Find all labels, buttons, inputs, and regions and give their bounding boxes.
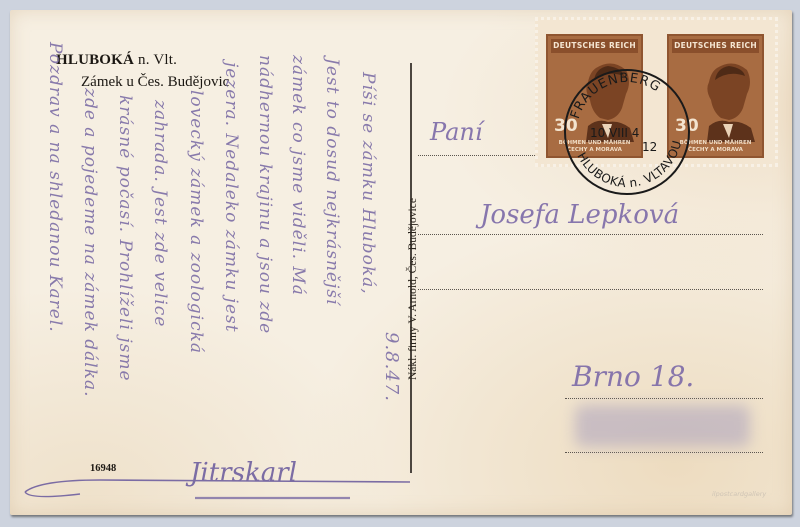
message-line-5: jezera. Nedaleko zámku jest xyxy=(221,62,241,333)
message-line-2: Jest to dosud nejkrásnější xyxy=(322,58,342,305)
svg-text:FRAUENBERG: FRAUENBERG xyxy=(568,71,663,121)
svg-text:10 VIII 4: 10 VIII 4 xyxy=(590,126,639,140)
message-line-1: Píši se zámku Hluboká, xyxy=(358,72,378,295)
message-line-3: zámek co jsme viděli. Má xyxy=(288,55,308,296)
printed-title: HLUBOKÁ n. Vlt. xyxy=(56,52,177,69)
message-line-10: Pozdrav a na shledanou Karel. xyxy=(45,42,65,333)
message-line-9: zde a pojedeme na zámek dálka. xyxy=(80,88,100,398)
stamp-header: DEUTSCHES REICH xyxy=(551,39,638,53)
address-line-4 xyxy=(565,398,763,399)
svg-text:12: 12 xyxy=(642,140,657,154)
address-name: Josefa Lepková xyxy=(480,200,679,230)
postcard-back: HLUBOKÁ n. Vlt. Zámek u Čes. Budějovic N… xyxy=(10,10,792,515)
postmark-icon: FRAUENBERG HLUBOKÁ n. VLTAVOU 10 VIII 4 … xyxy=(560,65,694,199)
portrait-icon xyxy=(699,60,755,142)
message-line-4: nádhernou krajinu a jsou zde xyxy=(255,55,275,334)
message-line-7: zahrada. Jest zde velice xyxy=(150,100,170,327)
address-salutation: Paní xyxy=(430,118,483,146)
message-line-6: lovecký zámek a zoologická xyxy=(186,90,206,354)
message-line-8: krásné počasí. Prohlíželi jsme xyxy=(115,95,135,382)
address-city: Brno 18. xyxy=(572,360,694,393)
stamp-header: DEUTSCHES REICH xyxy=(672,39,759,53)
signature-flourish xyxy=(20,472,420,502)
address-line-2 xyxy=(418,234,763,235)
address-line-5 xyxy=(565,452,763,453)
watermark: ilpostcardgallery xyxy=(712,490,766,498)
redacted-address xyxy=(575,405,750,447)
address-line-3 xyxy=(418,289,763,290)
message-date: 9.8.47. xyxy=(381,332,402,402)
printed-subtitle: Zámek u Čes. Budějovic xyxy=(81,74,229,91)
